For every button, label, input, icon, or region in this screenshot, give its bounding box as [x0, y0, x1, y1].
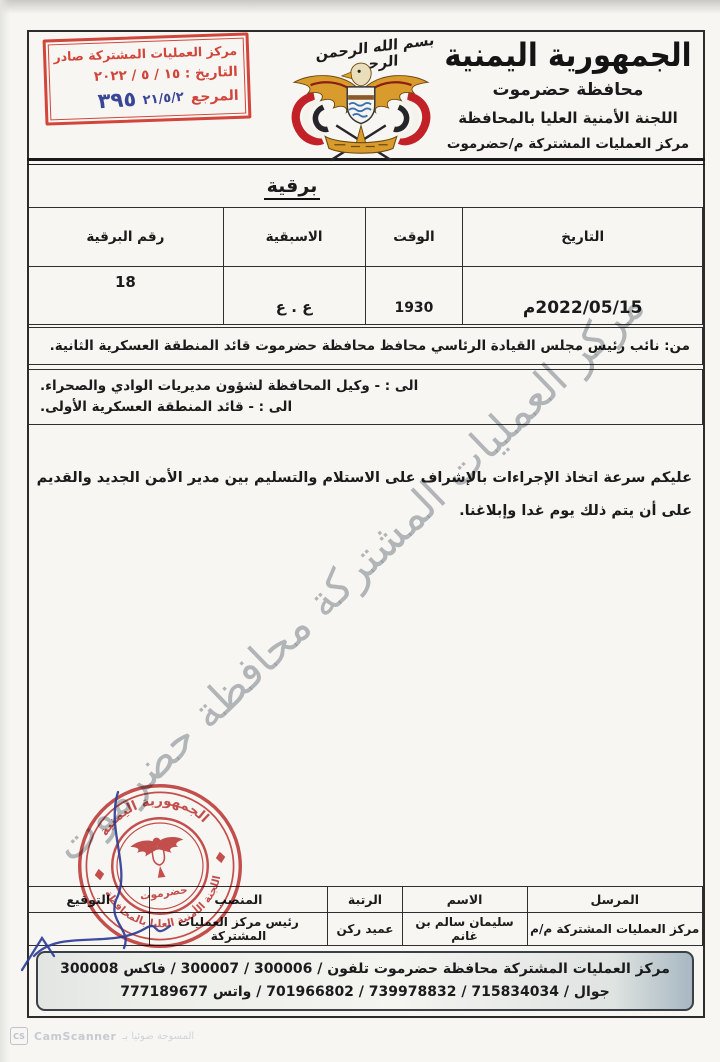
camscanner-brand: CamScanner [34, 1030, 116, 1043]
header-date: التاريخ [463, 208, 703, 267]
document-title-wrap: برقية [27, 175, 557, 197]
ops-center-title: مركز العمليات المشتركة م/حضرموت [438, 136, 698, 152]
outgoing-stamp-ref-row: المرجع ٢١/٥/٢ ٣٩٥ [56, 84, 239, 114]
value-rank: عميد ركن [328, 913, 402, 946]
security-committee-title: اللجنة الأمنية العليا بالمحافظة [438, 109, 698, 127]
value-name: سليمان سالم بن غانم [402, 913, 527, 946]
value-time: 1930 [365, 267, 463, 325]
to-line-1: الى : - وكيل المحافظة لشؤون مديريات الوا… [40, 376, 418, 397]
ref-handwritten-number: ٣٩٥ [96, 87, 136, 114]
header-precedence: الاسبقية [223, 208, 365, 267]
left-flag [296, 96, 328, 141]
document-title: برقية [264, 175, 321, 200]
right-flag [394, 96, 426, 141]
letterhead-block: الجمهورية اليمنية محافظة حضرموت اللجنة ا… [438, 38, 698, 152]
outgoing-stamp-date: التاريخ : ١٥ ‏/ ٥ ‏/ ٢٠٢٢ [56, 64, 238, 86]
camscanner-note: المسوحة ضوئيا بـ [122, 1031, 194, 1042]
handwritten-signature [18, 778, 248, 988]
message-body: عليكم سرعة اتخاذ الإجراءات بالإشراف على … [36, 462, 692, 528]
ref-handwritten-note: ٢١/٥/٢ [142, 89, 184, 108]
telegram-table-header-row: التاريخ الوقت الاسبقية رقم البرقية [28, 208, 703, 267]
to-box: الى : - وكيل المحافظة لشؤون مديريات الوا… [27, 369, 703, 425]
value-precedence: ع . ع [223, 267, 365, 325]
to-line-2: الى : - قائد المنطقة العسكرية الأولى. [40, 397, 292, 418]
header-telegram-number: رقم البرقية [28, 208, 224, 267]
marib-dam-shield [347, 87, 375, 124]
republic-title: الجمهورية اليمنية [438, 36, 698, 74]
yemen-emblem-icon [283, 52, 439, 164]
camscanner-icon: CS [10, 1027, 28, 1045]
scanned-telegram-document: الجمهورية اليمنية محافظة حضرموت اللجنة ا… [0, 0, 720, 1062]
outgoing-stamp-title: مركز العمليات المشتركة صادر [55, 43, 237, 64]
value-telegram-number: 18 [28, 267, 224, 325]
governorate-title: محافظة حضرموت [438, 80, 698, 100]
outgoing-stamp: مركز العمليات المشتركة صادر التاريخ : ١٥… [43, 32, 252, 125]
header-sender: المرسل [527, 887, 703, 913]
scanner-watermark: CS CamScanner المسوحة ضوئيا بـ [10, 1027, 194, 1045]
header-name: الاسم [402, 887, 527, 913]
scan-edge-shadow-left [0, 0, 10, 1062]
ref-label: المرجع [191, 88, 239, 106]
header-rank: الرتبة [328, 887, 402, 913]
header-time: الوقت [365, 208, 463, 267]
scan-edge-shadow-top [0, 0, 720, 14]
value-sender: مركز العمليات المشتركة م/م [527, 913, 703, 946]
outgoing-stamp-inner: مركز العمليات المشتركة صادر التاريخ : ١٥… [48, 38, 247, 121]
